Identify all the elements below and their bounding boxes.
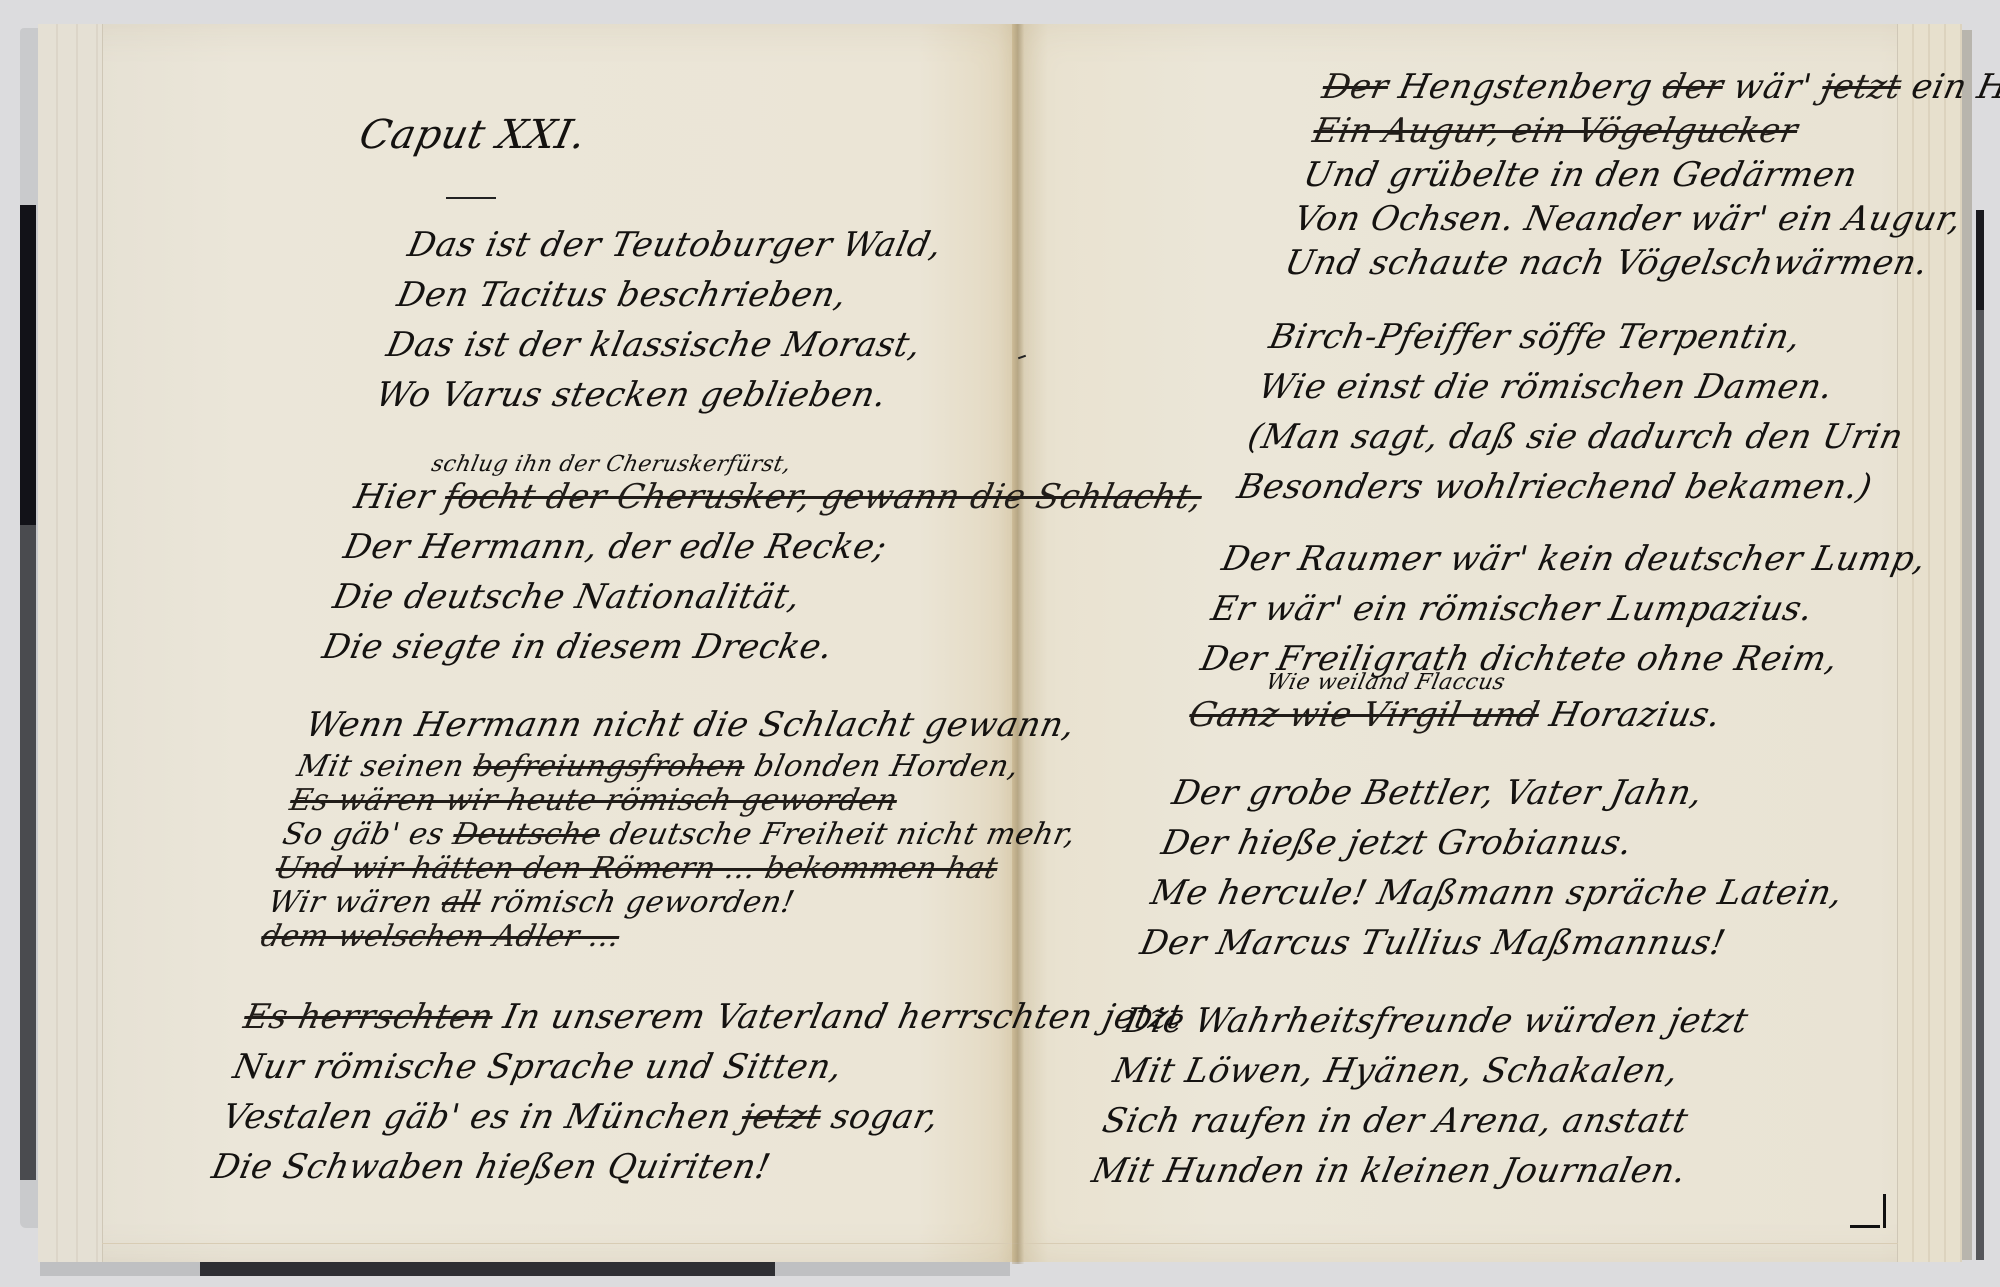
- stanza: Der Hengstenberg der wär' jetzt ein Haru…: [1282, 62, 2000, 282]
- book-cover-bottom-dark-band: [200, 1262, 775, 1276]
- verse-line: Die siegte in diesem Drecke.: [318, 622, 1266, 672]
- verse-line: Me hercule! Maßmann spräche Latein,: [1146, 868, 1982, 918]
- verse-line: Birch-Pfeiffer söffe Terpentin,: [1264, 312, 2000, 362]
- verse-line: Wir wären all römisch geworden!: [265, 884, 1210, 918]
- struck-text: der: [1659, 67, 1727, 107]
- struck-line: Und wir hätten den Römern ... bekommen h…: [273, 850, 1218, 884]
- verse-line: Es herrschten In unserem Vaterland herrs…: [239, 992, 1187, 1042]
- stanza: schlug ihn der Cheruskerfürst, Hier foch…: [318, 454, 1302, 672]
- struck-text: jetzt: [738, 1097, 825, 1137]
- verse-line: Der Raumer wär' kein deutscher Lump,: [1217, 534, 2000, 584]
- verse-text: Vestalen gäb' es in München: [219, 1097, 735, 1137]
- verse-text: wär': [1730, 67, 1815, 107]
- verse-line: Das ist der klassische Morast,: [382, 320, 1330, 370]
- verse-line: Und grübelte in den Gedärmen: [1300, 150, 2000, 194]
- verse-line: Der Hermann, der edle Recke;: [339, 522, 1287, 572]
- verse-line: Der Hengstenberg der wär' jetzt ein Haru…: [1319, 62, 2000, 106]
- struck-text: Der: [1319, 67, 1393, 107]
- verse-text: sogar,: [828, 1097, 943, 1137]
- struck-text: befreiungsfrohen: [470, 749, 748, 784]
- verse-line: Vestalen gäb' es in München jetzt sogar,: [218, 1092, 1166, 1142]
- verse-line: Ganz wie Virgil und Horazius.: [1184, 690, 2000, 740]
- left-page-stacked-edges: [38, 24, 103, 1262]
- verse-text: deutsche Freiheit nicht mehr,: [606, 817, 1079, 852]
- verse-line: Die Wahrheitsfreunde würden jetzt: [1119, 996, 1955, 1046]
- verse-text: römisch geworden!: [487, 885, 798, 920]
- verse-text: Wir wären: [265, 885, 436, 920]
- verse-line: So gäb' es Deutsche deutsche Freiheit ni…: [280, 816, 1225, 850]
- verse-line: Die deutsche Nationalität,: [328, 572, 1276, 622]
- stanza: Wenn Hermann nicht die Schlacht gewann, …: [257, 706, 1248, 958]
- verse-line: (Man sagt, daß sie dadurch den Urin: [1243, 412, 2000, 462]
- verse-text: Hengstenberg: [1395, 67, 1656, 107]
- verse-text: Hier: [351, 477, 438, 517]
- struck-text: focht der Cherusker, gewann die Schlacht…: [441, 477, 1206, 517]
- verse-line: Sich raufen in der Arena, anstatt: [1098, 1096, 1934, 1146]
- struck-text: Deutsche: [450, 817, 604, 852]
- struck-line: dem welschen Adler ...: [257, 918, 1203, 958]
- verse-line: Hier focht der Cherusker, gewann die Sch…: [350, 472, 1298, 522]
- verse-text: Horazius.: [1546, 695, 1725, 735]
- stanza: Das ist der Teutoburger Wald, Den Tacitu…: [371, 220, 1351, 420]
- verse-line: Den Tacitus beschrieben,: [393, 270, 1341, 320]
- verse-text: blonden Horden,: [751, 749, 1022, 784]
- verse-line: Mit seinen befreiungsfrohen blonden Hord…: [294, 748, 1239, 782]
- stanza: Der Raumer wär' kein deutscher Lump, Er …: [1184, 534, 2000, 740]
- verse-line: Er wär' ein römischer Lumpazius.: [1207, 584, 2000, 634]
- book-cover-left-gray-band: [20, 440, 36, 1180]
- stanza: Es herrschten In unserem Vaterland herrs…: [207, 992, 1187, 1192]
- verse-line: Von Ochsen. Neander wär' ein Augur,: [1291, 194, 2000, 238]
- struck-line: Es wären wir heute römisch geworden: [287, 782, 1232, 816]
- struck-text: jetzt: [1818, 67, 1905, 107]
- struck-line: Ein Augur, ein Vögelgucker: [1310, 106, 2000, 150]
- verse-text: ein Haruspex: [1908, 67, 2000, 107]
- verse-line: Besonders wohlriechend bekamen.): [1233, 462, 2000, 512]
- stanza: Die Wahrheitsfreunde würden jetzt Mit Lö…: [1087, 996, 1955, 1196]
- verse-line: Nur römische Sprache und Sitten,: [228, 1042, 1176, 1092]
- verse-line: Das ist der Teutoburger Wald,: [403, 220, 1351, 270]
- struck-text: Es herrschten: [240, 997, 497, 1037]
- struck-text: Ganz wie Virgil und: [1185, 695, 1543, 735]
- verse-text: So gäb' es: [279, 817, 447, 852]
- verse-line: Und schaute nach Vögelschwärmen.: [1282, 238, 2000, 282]
- verse-line: Die Schwaben hießen Quiriten!: [207, 1142, 1155, 1192]
- page-title: Caput ⅩⅩI.: [355, 110, 591, 160]
- verse-line: Der grobe Bettler, Vater Jahn,: [1168, 768, 2000, 818]
- struck-text: all: [438, 885, 484, 920]
- right-page-bottom-edge: [1018, 1243, 1898, 1244]
- verse-line: Mit Hunden in kleinen Journalen.: [1087, 1146, 1923, 1196]
- stanza: Birch-Pfeiffer söffe Terpentin, Wie eins…: [1233, 312, 2000, 512]
- verse-line: Der hieße jetzt Grobianus.: [1157, 818, 1993, 868]
- verse-line: Der Freiligrath dichtete ohne Reim,: [1199, 634, 2000, 672]
- stanza: Der grobe Bettler, Vater Jahn, Der hieße…: [1136, 768, 2000, 968]
- verse-line: Der Marcus Tullius Maßmannus!: [1136, 918, 1972, 968]
- verse-line: Wenn Hermann nicht die Schlacht gewann,: [302, 706, 1249, 748]
- verse-text: Mit seinen: [294, 749, 467, 784]
- verse-line: Mit Löwen, Hyänen, Schakalen,: [1108, 1046, 1944, 1096]
- verse-text: In unserem Vaterland herrschten jetzt: [500, 997, 1187, 1037]
- left-page-bottom-edge: [102, 1243, 1018, 1244]
- verse-line: Wie einst die römischen Damen.: [1254, 362, 2000, 412]
- title-rule: [446, 197, 496, 199]
- verse-line: Wo Varus stecken geblieben.: [371, 370, 1319, 420]
- book-cover-left-dark-band: [20, 205, 36, 525]
